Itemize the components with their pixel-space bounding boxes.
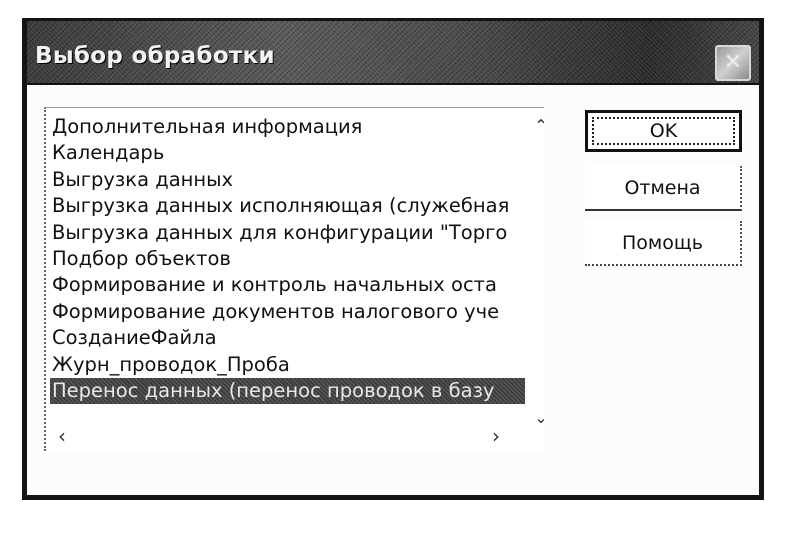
list-item[interactable]: Перенос данных (перенос проводок в базу	[50, 378, 525, 404]
list-item[interactable]: Календарь	[50, 140, 525, 166]
focus-rectangle	[592, 117, 735, 145]
list-item[interactable]: Формирование и контроль начальных оста	[50, 272, 525, 298]
list-item[interactable]: Выгрузка данных	[50, 167, 525, 193]
list-item[interactable]: Подбор объектов	[50, 246, 525, 272]
list-item[interactable]: Формирование документов налогового уче	[50, 299, 525, 325]
ok-button[interactable]: OK	[585, 110, 742, 152]
list-item[interactable]: СозданиеФайла	[50, 325, 525, 351]
cancel-button[interactable]: Отмена	[585, 166, 742, 211]
help-button-label: Помощь	[622, 232, 703, 254]
list-item[interactable]: Журн_проводок_Проба	[50, 352, 525, 378]
help-button[interactable]: Помощь	[585, 221, 742, 266]
processing-listbox[interactable]: Дополнительная информацияКалендарьВыгруз…	[44, 107, 544, 451]
chevron-left-icon[interactable]: ‹	[52, 426, 72, 446]
close-button[interactable]: ✕	[715, 45, 751, 81]
list-items: Дополнительная информацияКалендарьВыгруз…	[50, 114, 525, 404]
title-bar[interactable]: Выбор обработки ✕	[27, 21, 759, 85]
dialog-title: Выбор обработки	[35, 43, 275, 69]
chevron-right-icon[interactable]: ›	[486, 426, 506, 446]
close-icon: ✕	[724, 52, 742, 74]
select-processing-dialog: Выбор обработки ✕ Дополнительная информа…	[22, 18, 764, 500]
list-item[interactable]: Дополнительная информация	[50, 114, 525, 140]
cancel-button-label: Отмена	[624, 177, 700, 199]
chevron-down-icon[interactable]: ⌄	[531, 408, 551, 428]
list-item[interactable]: Выгрузка данных для конфигурации "Торго	[50, 220, 525, 246]
list-item[interactable]: Выгрузка данных исполняющая (служебная	[50, 193, 525, 219]
chevron-up-icon[interactable]: ⌃	[531, 116, 551, 136]
